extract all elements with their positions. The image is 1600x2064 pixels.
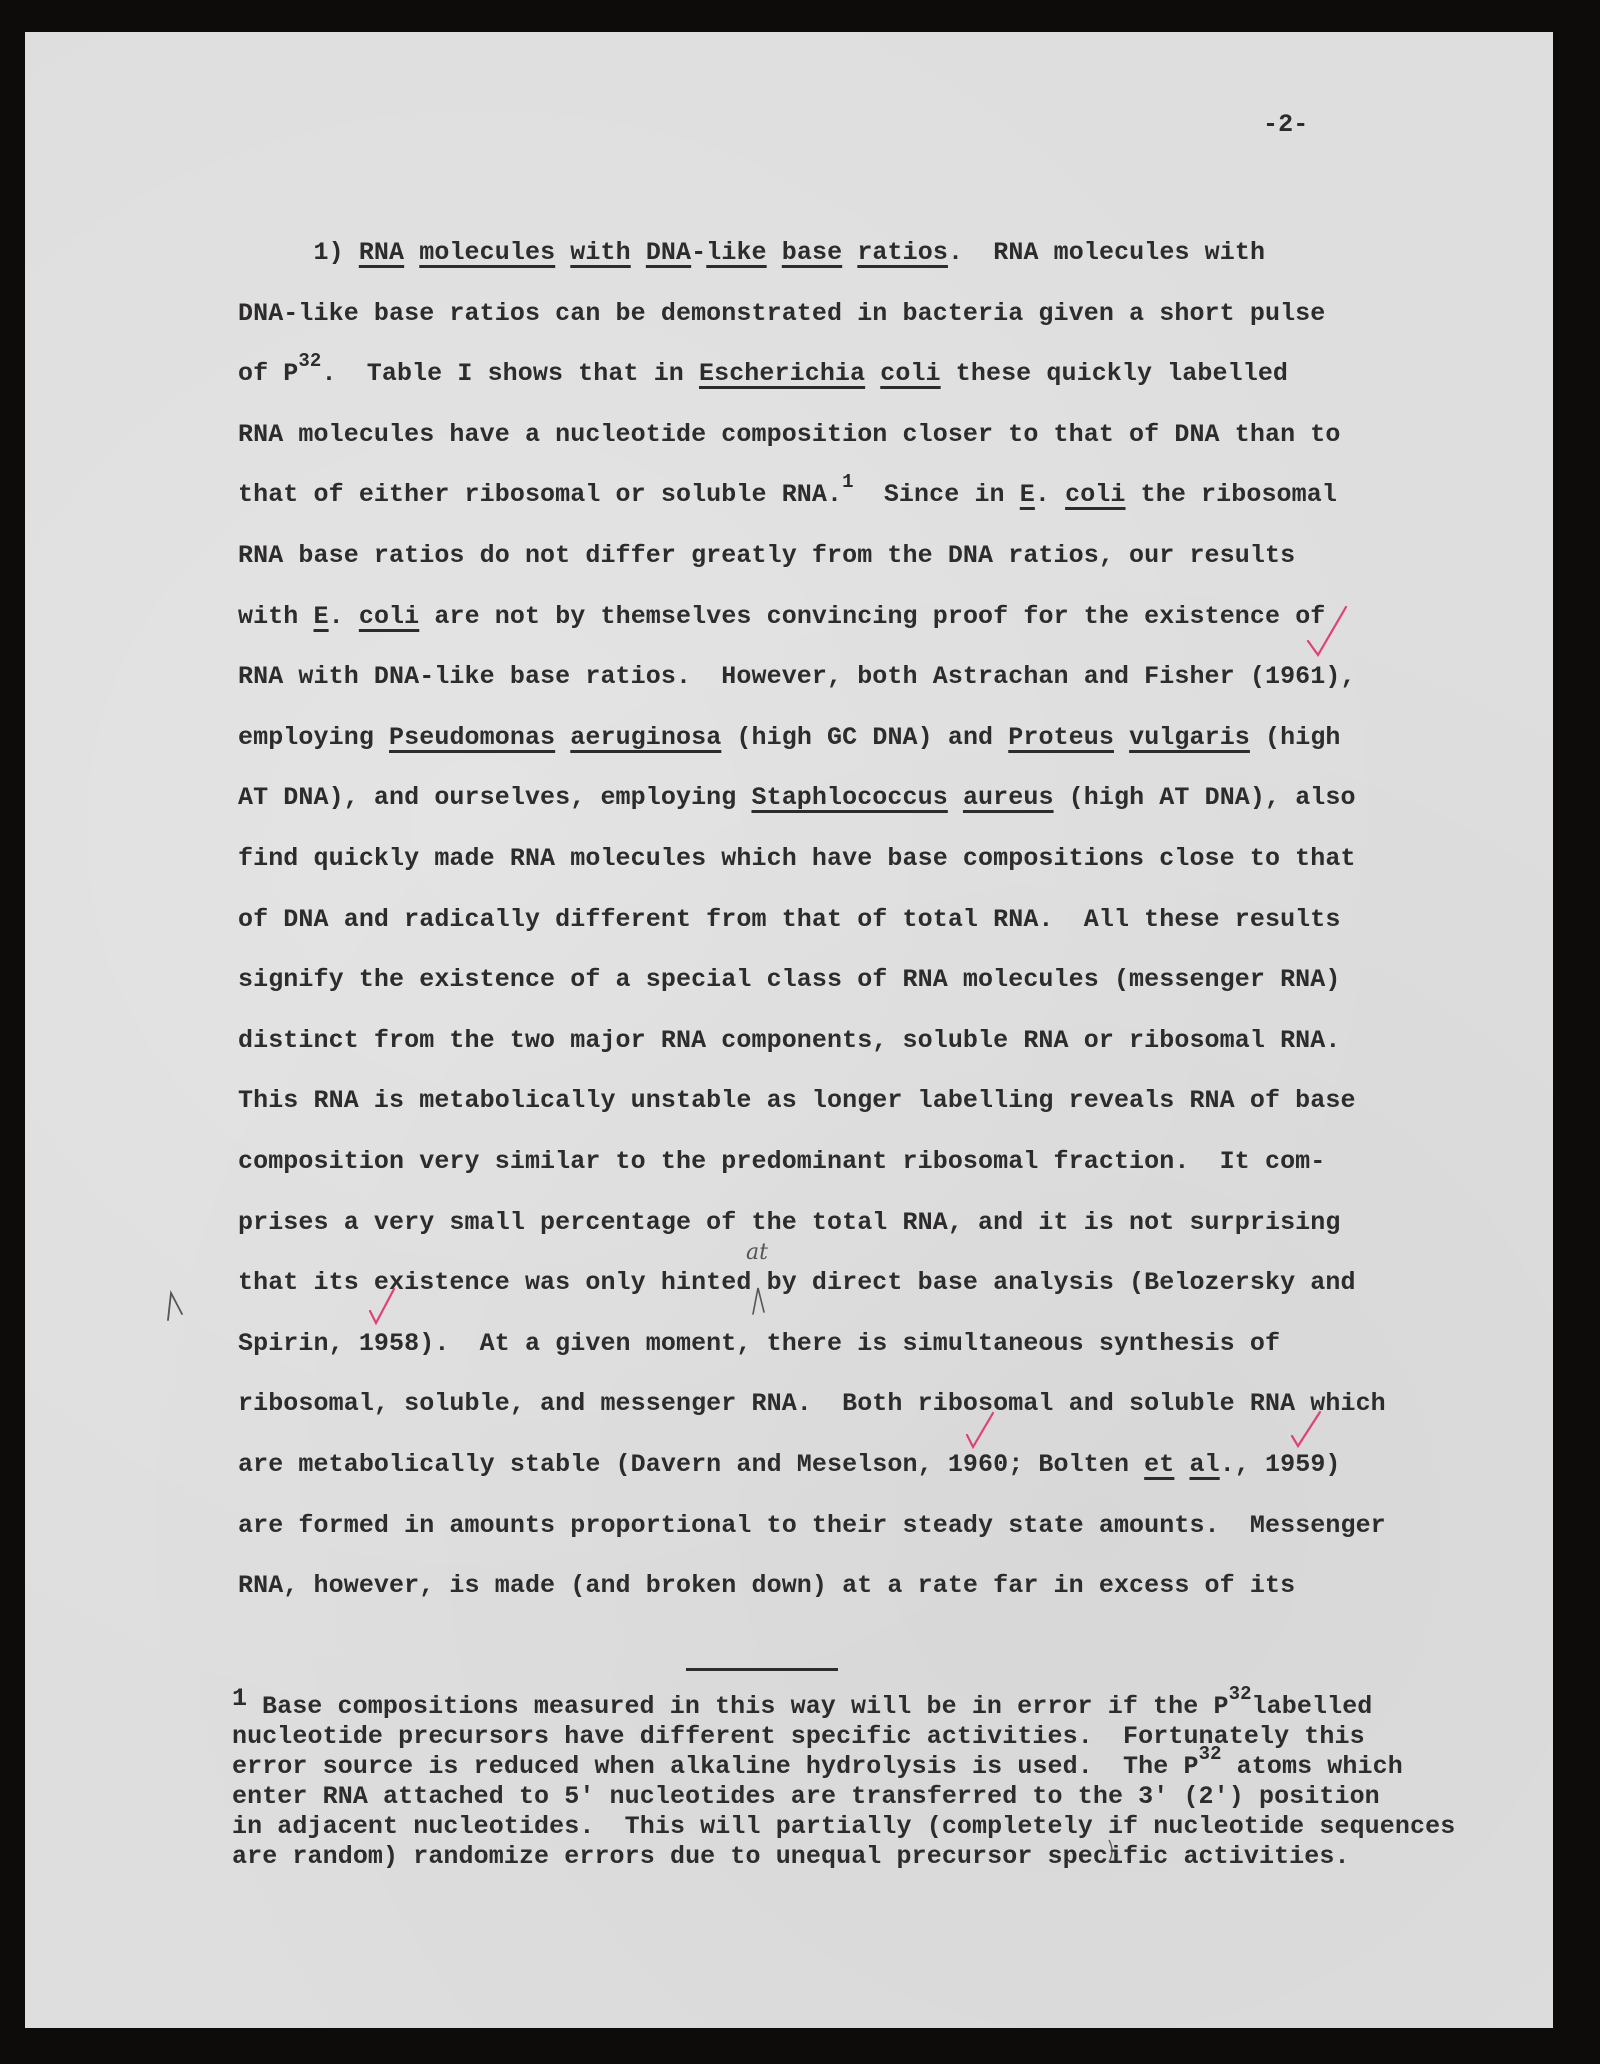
text-line: RNA base ratios do not differ greatly fr… <box>238 541 1295 571</box>
text-run: are formed in amounts proportional to th… <box>238 1511 1386 1540</box>
underlined-term: DNA <box>646 238 691 267</box>
text-line: Base compositions measured in this way w… <box>262 1692 1372 1723</box>
text-run: . <box>1035 480 1065 509</box>
text-run: - <box>691 238 706 267</box>
text-run: employing <box>238 723 389 752</box>
text-run: RNA with DNA-like base ratios. However, … <box>238 662 1356 691</box>
text-line: that its existence was only hinted by di… <box>238 1268 1356 1298</box>
text-run: This RNA is metabolically unstable as lo… <box>238 1086 1356 1115</box>
underlined-term: with <box>570 238 630 267</box>
page-number: -2- <box>1263 110 1308 140</box>
pencil-caret-icon <box>165 1290 185 1324</box>
text-run: that of either ribosomal or soluble RNA. <box>238 480 842 509</box>
text-line: RNA, however, is made (and broken down) … <box>238 1571 1295 1601</box>
text-line: signify the existence of a special class… <box>238 965 1340 995</box>
text-run: of P <box>238 359 298 388</box>
text-run <box>842 238 857 267</box>
text-line: in adjacent nucleotides. This will parti… <box>232 1812 1455 1842</box>
text-line: of DNA and radically different from that… <box>238 905 1340 935</box>
text-run: ., 1959) <box>1220 1450 1341 1479</box>
text-run: AT DNA), and ourselves, employing <box>238 783 751 812</box>
text-run <box>767 238 782 267</box>
underlined-term: coli <box>1065 480 1125 509</box>
text-run: that its existence was only hinted by di… <box>238 1268 1356 1297</box>
text-run: labelled <box>1252 1692 1373 1721</box>
underlined-term: like <box>706 238 766 267</box>
text-run: find quickly made RNA molecules which ha… <box>238 844 1356 873</box>
text-line: with E. coli are not by themselves convi… <box>238 602 1325 632</box>
text-line: Spirin, 1958). At a given moment, there … <box>238 1329 1280 1359</box>
text-line: enter RNA attached to 5' nucleotides are… <box>232 1782 1380 1812</box>
footnote-marker: 1 <box>232 1684 247 1714</box>
text-line: that of either ribosomal or soluble RNA.… <box>238 480 1337 511</box>
text-line: find quickly made RNA molecules which ha… <box>238 844 1356 874</box>
text-line: 1) RNA molecules with DNA-like base rati… <box>238 238 1265 268</box>
text-run: are not by themselves convincing proof f… <box>419 602 1325 631</box>
text-run: 1) <box>238 238 359 267</box>
underlined-term: al <box>1189 1450 1219 1479</box>
text-run: (high <box>1250 723 1341 752</box>
text-run: . RNA molecules with <box>948 238 1265 267</box>
pencil-caret-icon <box>751 1286 767 1316</box>
text-run: signify the existence of a special class… <box>238 965 1340 994</box>
text-line: of P32. Table I shows that in Escherichi… <box>238 359 1288 390</box>
text-run: of DNA and radically different from that… <box>238 905 1340 934</box>
underlined-term: Escherichia <box>699 359 865 388</box>
text-line: are metabolically stable (Davern and Mes… <box>238 1450 1341 1480</box>
pencil-parenthesis-mark <box>1106 1838 1116 1864</box>
text-run: the ribosomal <box>1126 480 1337 509</box>
text-run: are metabolically stable (Davern and Mes… <box>238 1450 1144 1479</box>
text-run: DNA-like base ratios can be demonstrated… <box>238 299 1325 328</box>
text-run: enter RNA attached to 5' nucleotides are… <box>232 1782 1380 1811</box>
text-run <box>555 723 570 752</box>
text-run: distinct from the two major RNA componen… <box>238 1026 1340 1055</box>
underlined-term: aureus <box>963 783 1054 812</box>
underlined-term: E <box>1020 480 1035 509</box>
underlined-term: Proteus <box>1008 723 1114 752</box>
underlined-term: base <box>782 238 842 267</box>
text-run: RNA molecules have a nucleotide composit… <box>238 420 1340 449</box>
text-line: are random) randomize errors due to uneq… <box>232 1842 1350 1872</box>
text-run: are random) randomize errors due to uneq… <box>232 1842 1350 1871</box>
text-run: prises a very small percentage of the to… <box>238 1208 1340 1237</box>
text-line: This RNA is metabolically unstable as lo… <box>238 1086 1356 1116</box>
superscript: 1 <box>842 471 854 493</box>
handwritten-insertion: at <box>746 1240 768 1265</box>
text-line: error source is reduced when alkaline hy… <box>232 1752 1403 1783</box>
text-line: RNA molecules have a nucleotide composit… <box>238 420 1340 450</box>
footnote-separator-rule <box>686 1668 838 1671</box>
underlined-term: Pseudomonas <box>389 723 555 752</box>
underlined-term: aeruginosa <box>570 723 721 752</box>
text-run: RNA base ratios do not differ greatly fr… <box>238 541 1295 570</box>
underlined-term: E <box>314 602 329 631</box>
text-run: . Table I shows that in <box>321 359 699 388</box>
text-run <box>948 783 963 812</box>
text-run <box>404 238 419 267</box>
text-line: RNA with DNA-like base ratios. However, … <box>238 662 1356 692</box>
text-line: distinct from the two major RNA componen… <box>238 1026 1340 1056</box>
red-check-mark-icon <box>965 1411 997 1451</box>
text-line: nucleotide precursors have different spe… <box>232 1722 1365 1752</box>
superscript: 32 <box>1229 1683 1252 1705</box>
text-run: ribosomal, soluble, and messenger RNA. B… <box>238 1389 1386 1418</box>
text-run <box>1174 1450 1189 1479</box>
text-run: atoms which <box>1222 1752 1403 1781</box>
text-line: DNA-like base ratios can be demonstrated… <box>238 299 1325 329</box>
red-check-mark-icon <box>368 1287 398 1327</box>
text-line: employing Pseudomonas aeruginosa (high G… <box>238 723 1341 753</box>
text-run: these quickly labelled <box>941 359 1288 388</box>
underlined-term: RNA <box>359 238 404 267</box>
text-run <box>865 359 880 388</box>
underlined-term: et <box>1144 1450 1174 1479</box>
text-run: Since in <box>854 480 1020 509</box>
red-check-mark-icon <box>1290 1410 1324 1450</box>
underlined-term: vulgaris <box>1129 723 1250 752</box>
underlined-term: ratios <box>857 238 948 267</box>
text-run: . <box>329 602 359 631</box>
underlined-term: molecules <box>419 238 555 267</box>
text-run: RNA, however, is made (and broken down) … <box>238 1571 1295 1600</box>
text-line: prises a very small percentage of the to… <box>238 1208 1340 1238</box>
text-run <box>555 238 570 267</box>
text-run: in adjacent nucleotides. This will parti… <box>232 1812 1455 1841</box>
text-run: error source is reduced when alkaline hy… <box>232 1752 1199 1781</box>
text-line: are formed in amounts proportional to th… <box>238 1511 1386 1541</box>
underlined-term: coli <box>359 602 419 631</box>
text-run: nucleotide precursors have different spe… <box>232 1722 1365 1751</box>
text-run <box>1114 723 1129 752</box>
text-run: Base compositions measured in this way w… <box>262 1692 1229 1721</box>
text-line: AT DNA), and ourselves, employing Staphl… <box>238 783 1356 813</box>
text-run: composition very similar to the predomin… <box>238 1147 1325 1176</box>
text-line: ribosomal, soluble, and messenger RNA. B… <box>238 1389 1386 1419</box>
text-run: (high GC DNA) and <box>721 723 1008 752</box>
text-run: Spirin, 1958). At a given moment, there … <box>238 1329 1280 1358</box>
text-run: (high AT DNA), also <box>1054 783 1356 812</box>
text-run <box>631 238 646 267</box>
text-run: with <box>238 602 314 631</box>
text-line: composition very similar to the predomin… <box>238 1147 1325 1177</box>
superscript: 32 <box>298 350 321 372</box>
red-check-mark-icon <box>1306 603 1350 659</box>
underlined-term: Staphlococcus <box>751 783 947 812</box>
underlined-term: coli <box>880 359 940 388</box>
superscript: 32 <box>1199 1743 1222 1765</box>
